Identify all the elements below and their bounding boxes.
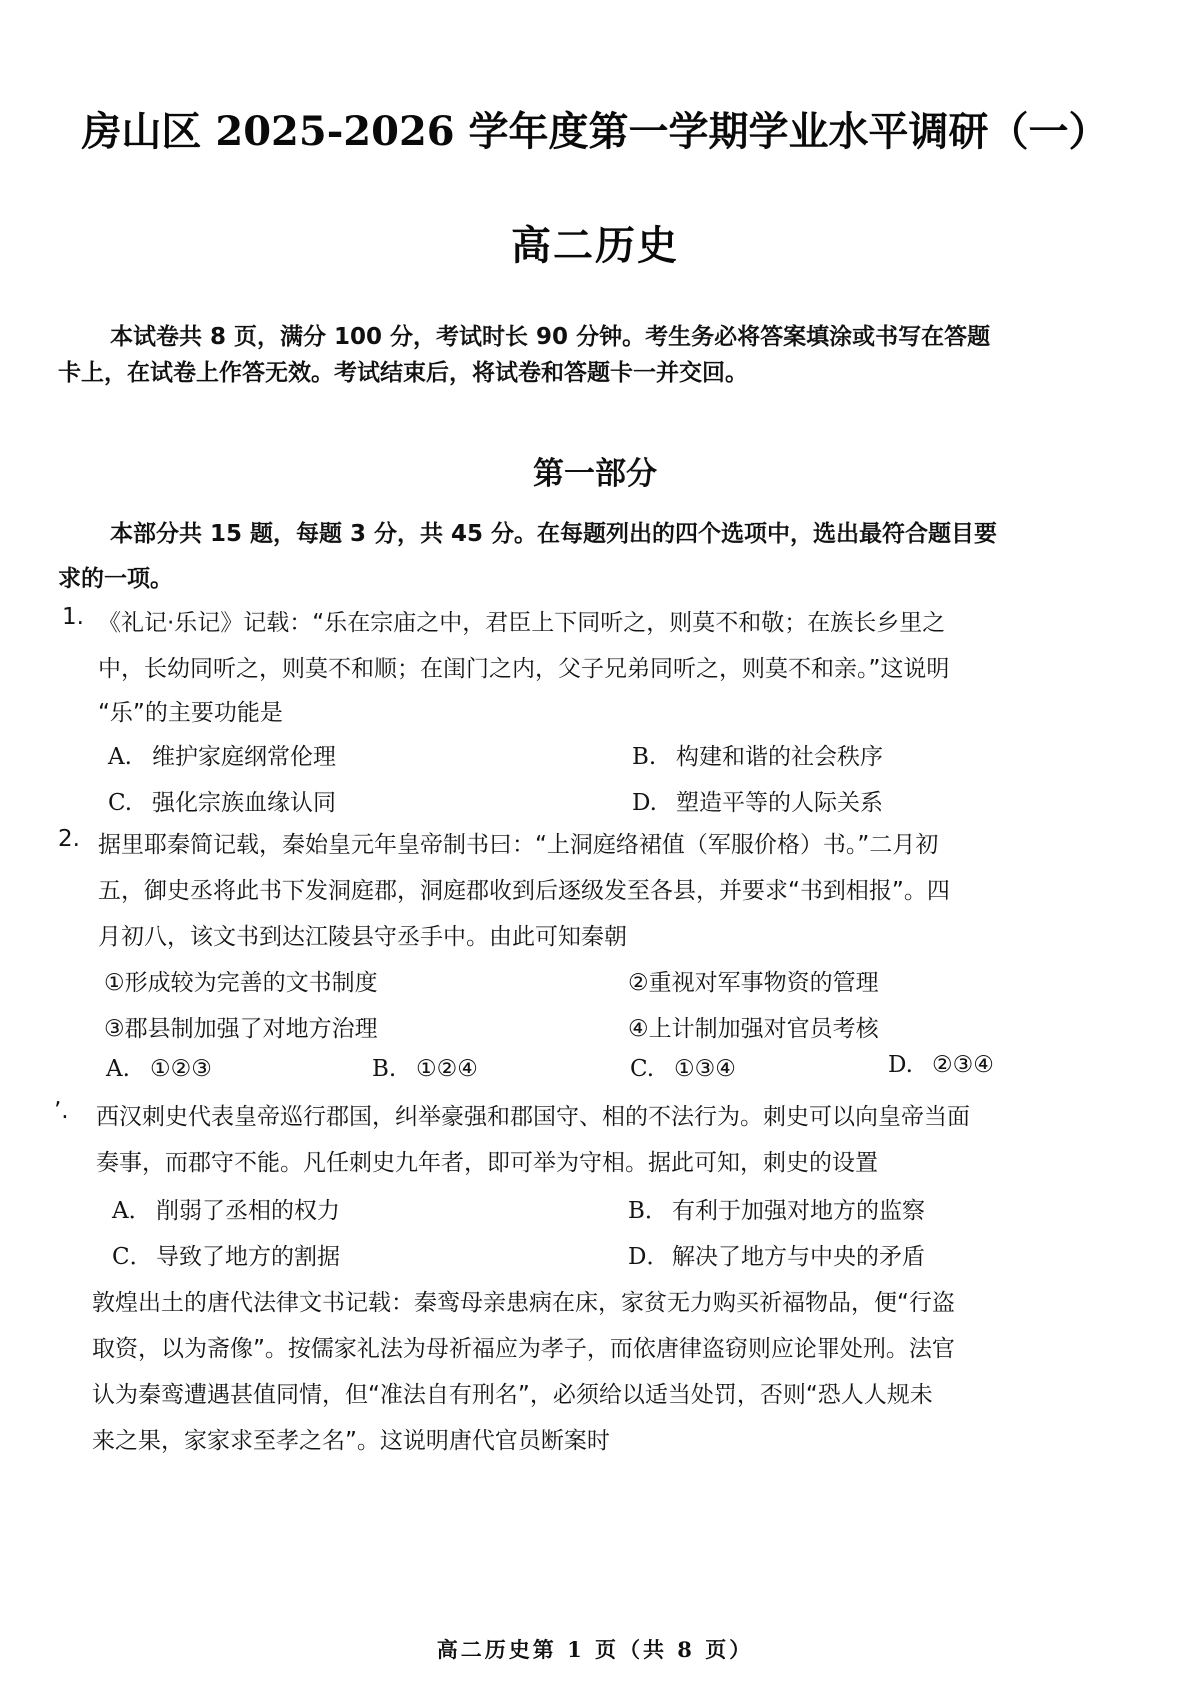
option-c[interactable]: C.①③④ (630, 1056, 736, 1082)
question-number: ʼ. (54, 1098, 69, 1124)
statement-4: ④上计制加强对官员考核 (628, 1010, 879, 1043)
instructions-line-2: 卡上，在试卷上作答无效。考试结束后，将试卷和答题卡一并交回。 (58, 354, 748, 387)
option-a[interactable]: A．削弱了丞相的权力 (112, 1192, 340, 1225)
option-a[interactable]: A.维护家庭纲常伦理 (108, 738, 336, 771)
question-text-line: 来之果，家家求至孝之名”。这说明唐代官员断案时 (92, 1422, 610, 1455)
instructions-line-1: 本试卷共 8 页，满分 100 分，考试时长 90 分钟。考生务必将答案填涂或书… (110, 318, 990, 351)
part-one-title: 第一部分 (0, 448, 1190, 493)
option-b[interactable]: B.①②④ (372, 1056, 478, 1082)
statement-1: ①形成较为完善的文书制度 (104, 964, 378, 997)
question-number: 2. (58, 826, 80, 852)
option-c[interactable]: C.强化宗族血缘认同 (108, 784, 336, 817)
option-d[interactable]: D.②③④ (888, 1052, 994, 1078)
part-intro-line-1: 本部分共 15 题，每题 3 分，共 45 分。在每题列出的四个选项中，选出最符… (110, 515, 997, 548)
option-a[interactable]: A.①②③ (106, 1056, 212, 1082)
page-footer: 高二历史第 1 页（共 8 页） (0, 1634, 1190, 1664)
question-text-line: 奏事，而郡守不能。凡任刺史九年者，即可举为守相。据此可知，刺史的设置 (96, 1144, 878, 1177)
exam-title: 房山区 2025-2026 学年度第一学期学业水平调研（一） (0, 100, 1190, 157)
part-intro-line-2: 求的一项。 (58, 560, 173, 593)
question-text-line: 认为秦鸾遭遇甚值同情，但“准法自有刑名”，必须给以适当处罚，否则“恐人人规未 (92, 1376, 933, 1409)
option-b[interactable]: B．有利于加强对地方的监察 (628, 1192, 925, 1225)
statement-3: ③郡县制加强了对地方治理 (104, 1010, 378, 1043)
subject-title: 高二历史 (0, 214, 1190, 271)
question-number: 1. (62, 604, 84, 630)
question-text-line: 《礼记·乐记》记载：“乐在宗庙之中，君臣上下同听之，则莫不和敬；在族长乡里之 (98, 604, 945, 637)
question-text-line: 月初八，该文书到达江陵县守丞手中。由此可知秦朝 (98, 918, 627, 951)
question-text-line: 敦煌出土的唐代法律文书记载：秦鸾母亲患病在床，家贫无力购买祈福物品，便“行盗 (92, 1284, 955, 1317)
question-text-line: “乐”的主要功能是 (98, 694, 283, 727)
exam-page: 房山区 2025-2026 学年度第一学期学业水平调研（一） 高二历史 本试卷共… (0, 0, 1190, 1684)
option-d[interactable]: D.塑造平等的人际关系 (632, 784, 883, 817)
question-text-line: 西汉刺史代表皇帝巡行郡国，纠举豪强和郡国守、相的不法行为。刺史可以向皇帝当面 (96, 1098, 970, 1131)
option-c[interactable]: C．导致了地方的割据 (112, 1238, 340, 1271)
question-text-line: 据里耶秦简记载，秦始皇元年皇帝制书曰：“上洞庭络裙值（军服价格）书。”二月初 (98, 826, 938, 859)
option-d[interactable]: D．解决了地方与中央的矛盾 (628, 1238, 925, 1271)
question-text-line: 五，御史丞将此书下发洞庭郡，洞庭郡收到后逐级发至各县，并要求“书到相报”。四 (98, 872, 950, 905)
option-b[interactable]: B.构建和谐的社会秩序 (632, 738, 883, 771)
question-text-line: 中，长幼同听之，则莫不和顺；在闺门之内，父子兄弟同听之，则莫不和亲。”这说明 (98, 650, 949, 683)
statement-2: ②重视对军事物资的管理 (628, 964, 879, 997)
question-text-line: 取资，以为斋像”。按儒家礼法为母祈福应为孝子，而依唐律盗窃则应论罪处刑。法官 (92, 1330, 955, 1363)
